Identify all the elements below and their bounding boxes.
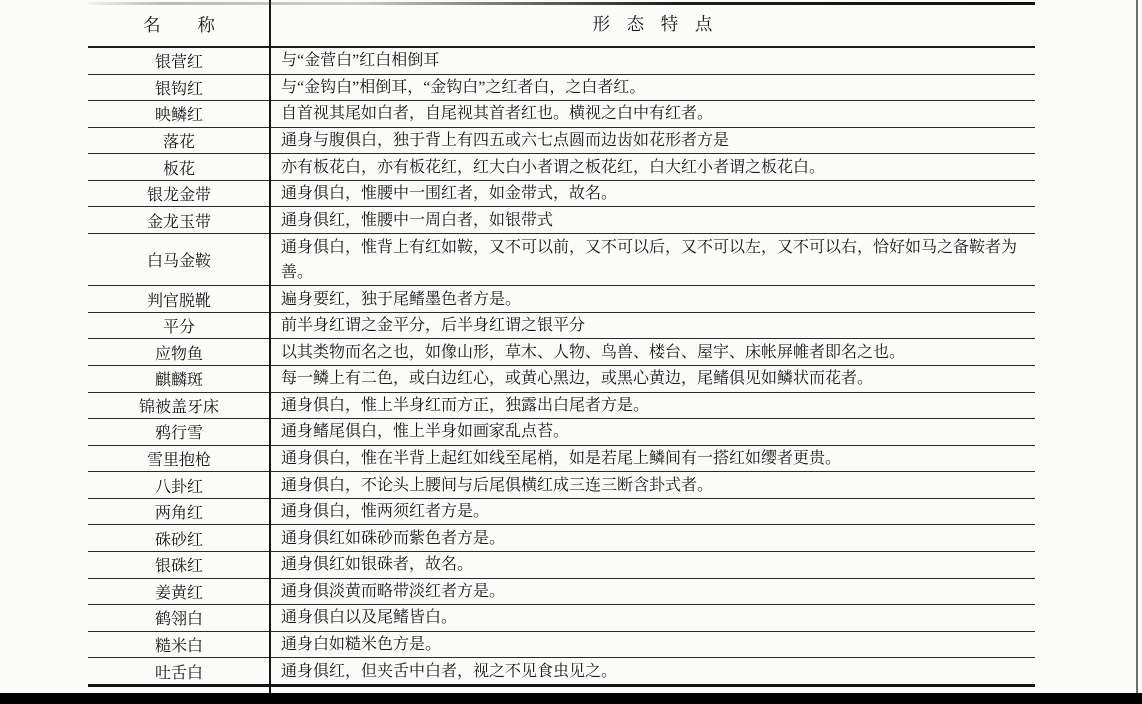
variety-name-cell: 鸦行雪 bbox=[88, 419, 270, 445]
table-row: 银钩红与“金钩白”相倒耳，“金钩白”之红者白，之白者红。 bbox=[88, 75, 1035, 102]
table-row: 吐舌白通身俱红，但夹舌中白者，视之不见食虫见之。 bbox=[88, 658, 1035, 684]
variety-name-cell: 八卦红 bbox=[88, 472, 270, 498]
variety-features-cell: 通身俱白，惟在半背上起红如线至尾梢，如是若尾上鳞间有一搭红如缨者更贵。 bbox=[270, 446, 1035, 472]
table-row: 银硃红通身俱红如银硃者，故名。 bbox=[88, 552, 1035, 579]
variety-features-cell: 自首视其尾如白者，自尾视其首者红也。横视之白中有红者。 bbox=[270, 101, 1035, 127]
table-row: 金龙玉带通身俱红，惟腰中一周白者，如银带式 bbox=[88, 207, 1035, 234]
variety-name-cell: 白马金鞍 bbox=[88, 234, 270, 285]
table-row: 两角红通身俱白，惟两须红者方是。 bbox=[88, 499, 1035, 526]
variety-name-cell: 板花 bbox=[88, 154, 270, 180]
variety-name-cell: 落花 bbox=[88, 128, 270, 154]
variety-name-cell: 银硃红 bbox=[88, 552, 270, 578]
variety-name-cell: 锦被盖牙床 bbox=[88, 393, 270, 419]
table-row: 糙米白通身白如糙米色方是。 bbox=[88, 632, 1035, 659]
scanned-document-page: 名称 形态特点 银菅红与“金菅白”红白相倒耳银钩红与“金钩白”相倒耳，“金钩白”… bbox=[0, 0, 1142, 704]
variety-name-cell: 金龙玉带 bbox=[88, 207, 270, 233]
variety-features-cell: 每一鳞上有二色，或白边红心，或黄心黑边，或黑心黄边，尾鳍俱见如鳞状而花者。 bbox=[270, 366, 1035, 392]
variety-name-cell: 麒麟斑 bbox=[88, 366, 270, 392]
variety-features-cell: 通身俱红如银硃者，故名。 bbox=[270, 552, 1035, 578]
variety-features-cell: 通身俱白，惟背上有红如鞍，又不可以前，又不可以后，又不可以左，又不可以右，恰好如… bbox=[270, 234, 1035, 285]
table-row: 落花通身与腹俱白，独于背上有四五或六七点圆而边齿如花形者方是 bbox=[88, 128, 1035, 155]
table-row: 姜黄红通身俱淡黄而略带淡红者方是。 bbox=[88, 579, 1035, 606]
table-row: 判官脱靴遍身要红，独于尾鳍墨色者方是。 bbox=[88, 286, 1035, 313]
column-header-features: 形态特点 bbox=[270, 3, 1035, 46]
table-row: 雪里抱枪通身俱白，惟在半背上起红如线至尾梢，如是若尾上鳞间有一搭红如缨者更贵。 bbox=[88, 446, 1035, 473]
variety-name-cell: 两角红 bbox=[88, 499, 270, 525]
table-row: 平分前半身红谓之金平分，后半身红谓之银平分 bbox=[88, 313, 1035, 340]
variety-features-cell: 通身俱淡黄而略带淡红者方是。 bbox=[270, 579, 1035, 605]
table-row: 银菅红与“金菅白”红白相倒耳 bbox=[88, 48, 1035, 75]
table-row: 映鳞红自首视其尾如白者，自尾视其首者红也。横视之白中有红者。 bbox=[88, 101, 1035, 128]
variety-features-cell: 通身俱红，但夹舌中白者，视之不见食虫见之。 bbox=[270, 658, 1035, 684]
variety-features-cell: 通身俱白以及尾鳍皆白。 bbox=[270, 605, 1035, 631]
variety-name-cell: 硃砂红 bbox=[88, 525, 270, 551]
variety-features-cell: 通身俱白，惟上半身红而方正，独露出白尾者方是。 bbox=[270, 393, 1035, 419]
variety-features-cell: 通身与腹俱白，独于背上有四五或六七点圆而边齿如花形者方是 bbox=[270, 128, 1035, 154]
variety-name-cell: 映鳞红 bbox=[88, 101, 270, 127]
variety-features-cell: 通身鳍尾俱白，惟上半身如画家乱点苔。 bbox=[270, 419, 1035, 445]
variety-features-cell: 通身俱白，惟腰中一围红者，如金带式，故名。 bbox=[270, 181, 1035, 207]
variety-name-cell: 应物鱼 bbox=[88, 339, 270, 365]
page-edge-scan-line bbox=[1136, 0, 1138, 693]
variety-features-cell: 前半身红谓之金平分，后半身红谓之银平分 bbox=[270, 313, 1035, 339]
variety-features-cell: 通身俱白，不论头上腰间与后尾俱横红成三连三断含卦式者。 bbox=[270, 472, 1035, 498]
variety-name-cell: 银菅红 bbox=[88, 48, 270, 74]
table-row: 麒麟斑每一鳞上有二色，或白边红心，或黄心黑边，或黑心黄边，尾鳍俱见如鳞状而花者。 bbox=[88, 366, 1035, 393]
table-row: 应物鱼以其类物而名之也，如像山形，草木、人物、鸟兽、楼台、屋宇、床帐屏帷者即名之… bbox=[88, 339, 1035, 366]
variety-name-cell: 鹤翎白 bbox=[88, 605, 270, 631]
variety-features-cell: 通身俱红如硃砂而紫色者方是。 bbox=[270, 525, 1035, 551]
variety-features-cell: 通身俱白，惟两须红者方是。 bbox=[270, 499, 1035, 525]
variety-name-cell: 银龙金带 bbox=[88, 181, 270, 207]
table-row: 板花亦有板花白，亦有板花红，红大白小者谓之板花红，白大红小者谓之板花白。 bbox=[88, 154, 1035, 181]
scanner-bottom-bar bbox=[0, 693, 1142, 704]
table-row: 白马金鞍通身俱白，惟背上有红如鞍，又不可以前，又不可以后，又不可以左，又不可以右… bbox=[88, 234, 1035, 286]
variety-name-cell: 银钩红 bbox=[88, 75, 270, 101]
variety-features-cell: 与“金菅白”红白相倒耳 bbox=[270, 48, 1035, 74]
table-row: 银龙金带通身俱白，惟腰中一围红者，如金带式，故名。 bbox=[88, 181, 1035, 208]
table-row: 八卦红通身俱白，不论头上腰间与后尾俱横红成三连三断含卦式者。 bbox=[88, 472, 1035, 499]
table-row: 鹤翎白通身俱白以及尾鳍皆白。 bbox=[88, 605, 1035, 632]
goldfish-variety-table: 名称 形态特点 银菅红与“金菅白”红白相倒耳银钩红与“金钩白”相倒耳，“金钩白”… bbox=[88, 3, 1035, 687]
variety-name-cell: 雪里抱枪 bbox=[88, 446, 270, 472]
variety-features-cell: 亦有板花白，亦有板花红，红大白小者谓之板花红，白大红小者谓之板花白。 bbox=[270, 154, 1035, 180]
table-header-row: 名称 形态特点 bbox=[88, 3, 1035, 48]
column-divider-line bbox=[269, 0, 271, 693]
variety-name-cell: 吐舌白 bbox=[88, 658, 270, 684]
variety-features-cell: 与“金钩白”相倒耳，“金钩白”之红者白，之白者红。 bbox=[270, 75, 1035, 101]
variety-name-cell: 平分 bbox=[88, 313, 270, 339]
table-row: 鸦行雪通身鳍尾俱白，惟上半身如画家乱点苔。 bbox=[88, 419, 1035, 446]
column-header-name: 名称 bbox=[88, 3, 270, 46]
variety-features-cell: 以其类物而名之也，如像山形，草木、人物、鸟兽、楼台、屋宇、床帐屏帷者即名之也。 bbox=[270, 339, 1035, 365]
variety-name-cell: 姜黄红 bbox=[88, 579, 270, 605]
variety-features-cell: 通身俱红，惟腰中一周白者，如银带式 bbox=[270, 207, 1035, 233]
table-row: 锦被盖牙床通身俱白，惟上半身红而方正，独露出白尾者方是。 bbox=[88, 393, 1035, 420]
variety-features-cell: 遍身要红，独于尾鳍墨色者方是。 bbox=[270, 286, 1035, 312]
table-row: 硃砂红通身俱红如硃砂而紫色者方是。 bbox=[88, 525, 1035, 552]
variety-features-cell: 通身白如糙米色方是。 bbox=[270, 632, 1035, 658]
variety-name-cell: 糙米白 bbox=[88, 632, 270, 658]
variety-name-cell: 判官脱靴 bbox=[88, 286, 270, 312]
